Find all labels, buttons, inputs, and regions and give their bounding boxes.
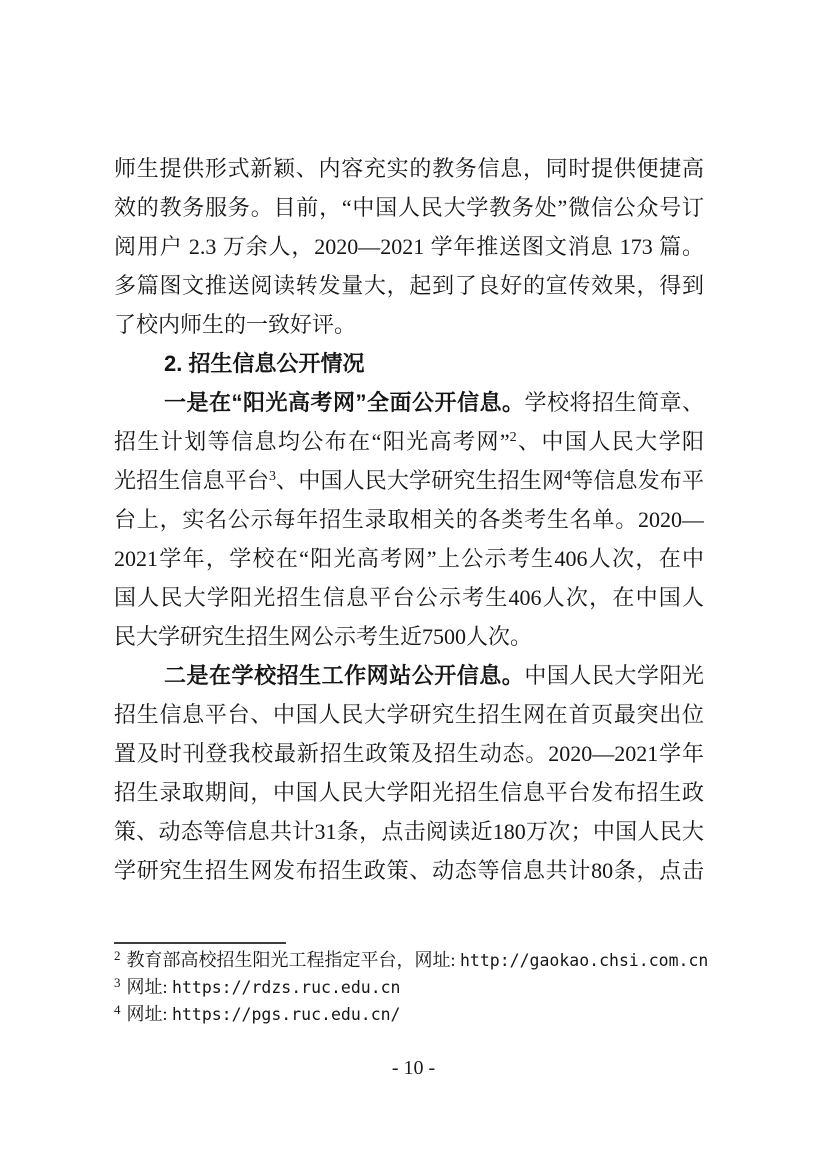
- para1-line5: 了校内师生的一致好评。: [114, 305, 704, 344]
- footnote-3-marker: 3: [114, 975, 121, 990]
- section-heading-text: 2. 招生信息公开情况: [164, 351, 364, 376]
- para2-line1: 一是在“阳光高考网”全面公开信息。学校将招生简章、: [114, 383, 704, 422]
- para2-line3: 光招生信息平台3、中国人民大学研究生招生网4等信息发布平: [114, 461, 704, 500]
- footnote-4-url: https://pgs.ruc.edu.cn/: [172, 1005, 400, 1024]
- footnote-3: 3网址: https://rdzs.ruc.edu.cn: [114, 974, 738, 1001]
- footnote-4: 4网址: https://pgs.ruc.edu.cn/: [114, 1001, 738, 1028]
- para2-line3-text-a: 光招生信息平台: [114, 468, 269, 493]
- footnote-2-marker: 2: [114, 948, 121, 963]
- para3-line6: 学研究生招生网发布招生政策、动态等信息共计80条，点击: [114, 851, 704, 890]
- para3-line5: 策、动态等信息共计31条，点击阅读近180万次；中国人民大: [114, 812, 704, 851]
- para1-line3: 阅用户 2.3 万余人，2020—2021 学年推送图文消息 173 篇。: [114, 227, 704, 266]
- para3-line1: 二是在学校招生工作网站公开信息。中国人民大学阳光: [114, 656, 704, 695]
- para2-line2-text-a: 招生计划等信息均公布在“阳光高考网”: [114, 429, 510, 454]
- footnote-3-label: 网址:: [127, 977, 173, 997]
- para3-line1-text: 中国人民大学阳光: [524, 663, 704, 688]
- para2-line7: 民大学研究生招生网公示考生近7500人次。: [114, 617, 704, 656]
- para3-line2: 招生信息平台、中国人民大学研究生招生网在首页最突出位: [114, 695, 704, 734]
- para3-line4: 招生录取期间，中国人民大学阳光招生信息平台发布招生政: [114, 773, 704, 812]
- document-page: 师生提供形式新颖、内容充实的教务信息，同时提供便捷高 效的教务服务。目前，“中国…: [0, 0, 827, 1170]
- footnote-ref-3: 3: [269, 469, 276, 484]
- footnotes: 2教育部高校招生阳光工程指定平台，网址: http://gaokao.chsi.…: [114, 947, 738, 1028]
- footnote-2: 2教育部高校招生阳光工程指定平台，网址: http://gaokao.chsi.…: [114, 947, 738, 974]
- para2-line5: 2021学年，学校在“阳光高考网”上公示考生406人次，在中: [114, 539, 704, 578]
- para2-line6: 国人民大学阳光招生信息平台公示考生406人次，在中国人: [114, 578, 704, 617]
- para2-line3-text-c: 等信息发布平: [571, 468, 704, 493]
- page-number: - 10 -: [0, 1057, 827, 1080]
- footnote-ref-2: 2: [510, 430, 517, 445]
- para2-line4: 台上，实名公示每年招生录取相关的各类考生名单。2020—: [114, 500, 704, 539]
- footnote-2-label: 教育部高校招生阳光工程指定平台，网址:: [127, 950, 461, 970]
- footnote-2-url: http://gaokao.chsi.com.cn: [460, 951, 708, 970]
- footnote-4-label: 网址:: [127, 1004, 173, 1024]
- section-heading: 2. 招生信息公开情况: [114, 344, 704, 383]
- para3-bold-lead: 二是在学校招生工作网站公开信息。: [164, 663, 524, 688]
- footnote-separator: [114, 942, 286, 944]
- para2-line3-text-b: 、中国人民大学研究生招生网: [276, 468, 564, 493]
- para1-line2: 效的教务服务。目前，“中国人民大学教务处”微信公众号订: [114, 188, 704, 227]
- para1-line1: 师生提供形式新颖、内容充实的教务信息，同时提供便捷高: [114, 149, 704, 188]
- document-body: 师生提供形式新颖、内容充实的教务信息，同时提供便捷高 效的教务服务。目前，“中国…: [114, 149, 704, 890]
- para1-line4: 多篇图文推送阅读转发量大，起到了良好的宣传效果，得到: [114, 266, 704, 305]
- footnote-3-url: https://rdzs.ruc.edu.cn: [172, 978, 400, 997]
- footnote-4-marker: 4: [114, 1002, 121, 1017]
- para2-line1-text: 学校将招生简章、: [524, 390, 704, 415]
- para2-bold-lead: 一是在“阳光高考网”全面公开信息。: [164, 390, 524, 415]
- para2-line2: 招生计划等信息均公布在“阳光高考网”2、中国人民大学阳: [114, 422, 704, 461]
- para2-line2-text-b: 、中国人民大学阳: [517, 429, 704, 454]
- para3-line3: 置及时刊登我校最新招生政策及招生动态。2020—2021学年: [114, 734, 704, 773]
